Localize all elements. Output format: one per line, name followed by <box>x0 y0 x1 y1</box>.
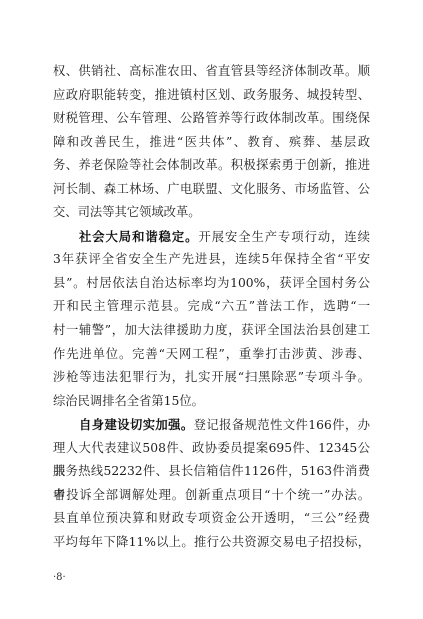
text-line: 服务热线52232件、县长信箱信件1126件，5163件消费者 <box>53 460 370 484</box>
text-line: 障和改善民生，推进“医共体”、教育、殡葬、基层政 <box>53 131 370 155</box>
text-line: 理人大代表建议508件、政协委员提案695件、12345公共 <box>53 437 370 461</box>
text-line: 县直单位预决算和财政专项资金公开透明，“三公”经费 <box>53 507 370 531</box>
paragraph-social-stability-first-line: 社会大局和谐稳定。开展安全生产专项行动，连续 <box>53 225 370 249</box>
paragraph-lead-heading: 社会大局和谐稳定。 <box>79 229 198 244</box>
text-line: 权、供销社、高标准农田、省直管县等经济体制改革。顺 <box>53 60 370 84</box>
text-line: 河长制、森工林场、广电联盟、文化服务、市场监管、公 <box>53 178 370 202</box>
text-line: 财税管理、公车管理、公路管养等行政体制改革。围绕保 <box>53 107 370 131</box>
page-number: ·8· <box>53 571 66 585</box>
text-line: 交、司法等其它领域改革。 <box>53 201 370 225</box>
text-line: 3年获评全省安全生产先进县，连续5年保持全省“平安 <box>53 248 370 272</box>
text-line: 平均每年下降11%以上。推行公共资源交易电子招投标， <box>53 531 370 555</box>
text-line: 开和民主管理示范县。完成“六五”普法工作，选聘“一 <box>53 295 370 319</box>
text-line: 务、养老保险等社会体制改革。积极探索勇于创新，推进 <box>53 154 370 178</box>
text-line: 涉枪等违法犯罪行为，扎实开展“扫黑除恶”专项斗争。 <box>53 366 370 390</box>
body-text: 权、供销社、高标准农田、省直管县等经济体制改革。顺 应政府职能转变，推进镇村区划… <box>53 60 370 554</box>
text-line: 作先进单位。完善“天网工程”，重拳打击涉黄、涉毒、 <box>53 343 370 367</box>
text-line: 综治民调排名全省第15位。 <box>53 390 370 414</box>
text-run: 登记报备规范性文件166件，办 <box>194 418 370 432</box>
document-page: 权、供销社、高标准农田、省直管县等经济体制改革。顺 应政府职能转变，推进镇村区划… <box>0 0 423 619</box>
text-run: 开展安全生产专项行动，连续 <box>198 230 370 244</box>
paragraph-lead-heading: 自身建设切实加强。 <box>79 417 194 432</box>
text-line: 村一辅警”，加大法律援助力度，获评全国法治县创建工 <box>53 319 370 343</box>
text-line: 申投诉全部调解处理。创新重点项目“十个统一”办法。 <box>53 484 370 508</box>
text-line: 应政府职能转变，推进镇村区划、政务服务、城投转型、 <box>53 84 370 108</box>
text-line: 县”。村居依法自治达标率均为100%，获评全国村务公 <box>53 272 370 296</box>
paragraph-self-building-first-line: 自身建设切实加强。登记报备规范性文件166件，办 <box>53 413 370 437</box>
